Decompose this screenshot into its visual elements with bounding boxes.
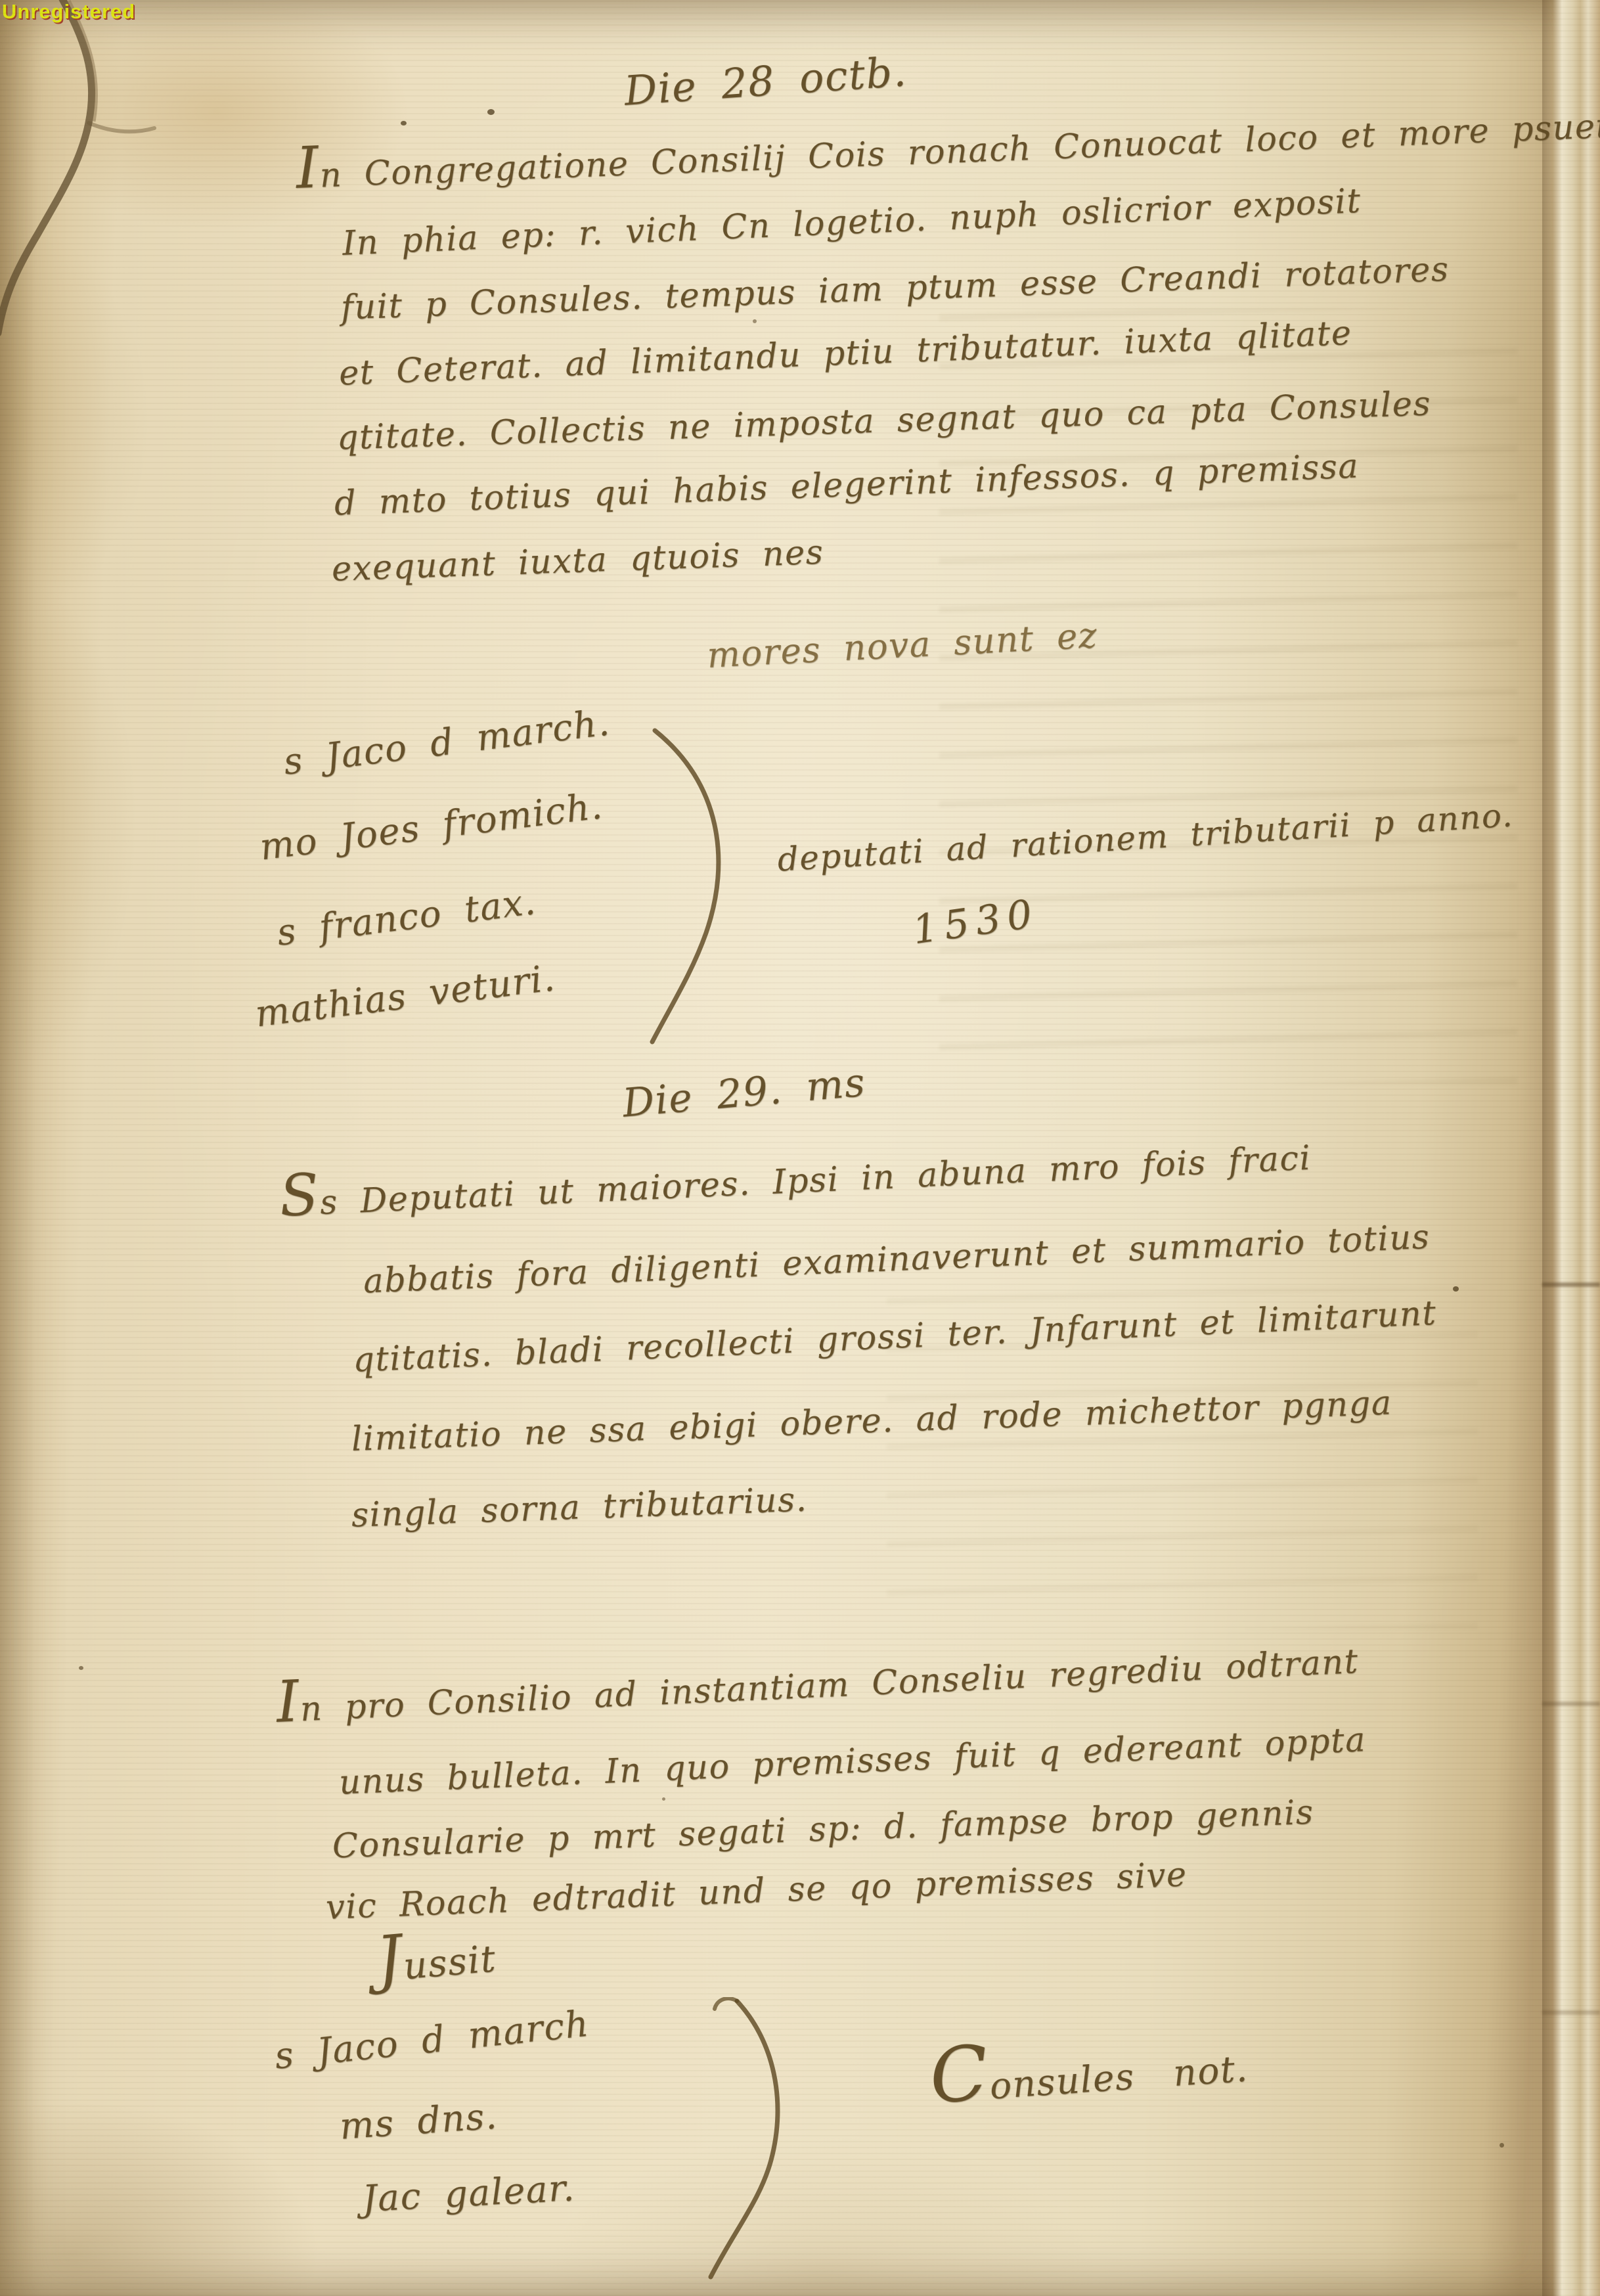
deputy-name: Jac galear. bbox=[361, 2167, 576, 2220]
deputy-name: mo Joes fromich. bbox=[257, 784, 605, 868]
marginal-note: mores nova sunt ez bbox=[706, 616, 1099, 676]
ink-speck bbox=[1500, 2143, 1504, 2148]
bracket-flourish bbox=[703, 1997, 814, 2286]
record-line: In phia ep: r. vich Cn logetio. nuph osl… bbox=[342, 182, 1362, 263]
manuscript-page: Unregistered Die 28 octb. In Congregatio… bbox=[0, 0, 1600, 2296]
record-line: unus bulleta. In quo premisses fuit q ed… bbox=[338, 1721, 1367, 1802]
page-edge bbox=[1542, 0, 1600, 2296]
record-line: limitatio ne ssa ebigi obere. ad rode mi… bbox=[351, 1384, 1393, 1459]
ink-speck bbox=[401, 121, 407, 125]
record-line: et Ceterat. ad limitandu ptiu tributatur… bbox=[338, 314, 1353, 394]
page-edge-crease bbox=[1542, 2010, 1600, 2015]
record-line: Ss Deputati ut maiores. Ipsi in abuna mr… bbox=[279, 1139, 1312, 1225]
year-1530: 1530 bbox=[910, 890, 1042, 953]
record-line: Consularie p mrt segati sp: d. fampse br… bbox=[332, 1793, 1315, 1866]
ink-speck bbox=[79, 1666, 83, 1670]
deputy-name: s Jaco d march bbox=[273, 2002, 591, 2077]
record-line: qtitatis. bladi recollecti grossi ter. J… bbox=[352, 1294, 1437, 1380]
ink-speck bbox=[1453, 1286, 1459, 1292]
notary-note: Consules not. bbox=[929, 2047, 1249, 2111]
deputation-note: deputati ad rationem tributarii p anno. bbox=[776, 796, 1514, 879]
record-line: singla sorna tributarius. bbox=[351, 1481, 808, 1535]
ink-speck bbox=[662, 1797, 665, 1801]
record-line: abbatis fora diligenti examinaverunt et … bbox=[363, 1218, 1431, 1301]
deputy-name: mathias veturi. bbox=[253, 957, 558, 1035]
record-line: In Congregatione Consilij Cois ronach Co… bbox=[296, 107, 1600, 196]
ink-speck bbox=[487, 109, 495, 115]
page-edge-crease bbox=[1542, 1282, 1600, 1287]
deputy-name: ms dns. bbox=[338, 2094, 499, 2148]
deputy-name: s franco tax. bbox=[275, 880, 539, 954]
date-heading-oct-28: Die 28 octb. bbox=[623, 47, 908, 115]
record-line: vic Roach edtradit und se qo premisses s… bbox=[325, 1856, 1188, 1927]
deputy-name: s Jaco d march. bbox=[281, 701, 612, 782]
date-heading-oct-29: Die 29. ms bbox=[621, 1060, 868, 1127]
record-line: d mto totius qui habis elegerint infesso… bbox=[334, 447, 1360, 524]
ink-speck bbox=[753, 319, 757, 323]
page-edge-crease bbox=[1542, 1701, 1600, 1706]
record-line: qtitate. Collectis ne imposta segnat quo… bbox=[336, 385, 1432, 458]
record-line: exequant iuxta qtuois nes bbox=[331, 533, 824, 589]
closing-word: Jussit bbox=[376, 1937, 498, 1991]
paper-crack bbox=[0, 0, 273, 365]
unregistered-watermark: Unregistered bbox=[2, 0, 135, 24]
bracket-flourish bbox=[640, 723, 739, 1051]
record-line: In pro Consilio ad instantiam Conseliu r… bbox=[276, 1642, 1360, 1730]
